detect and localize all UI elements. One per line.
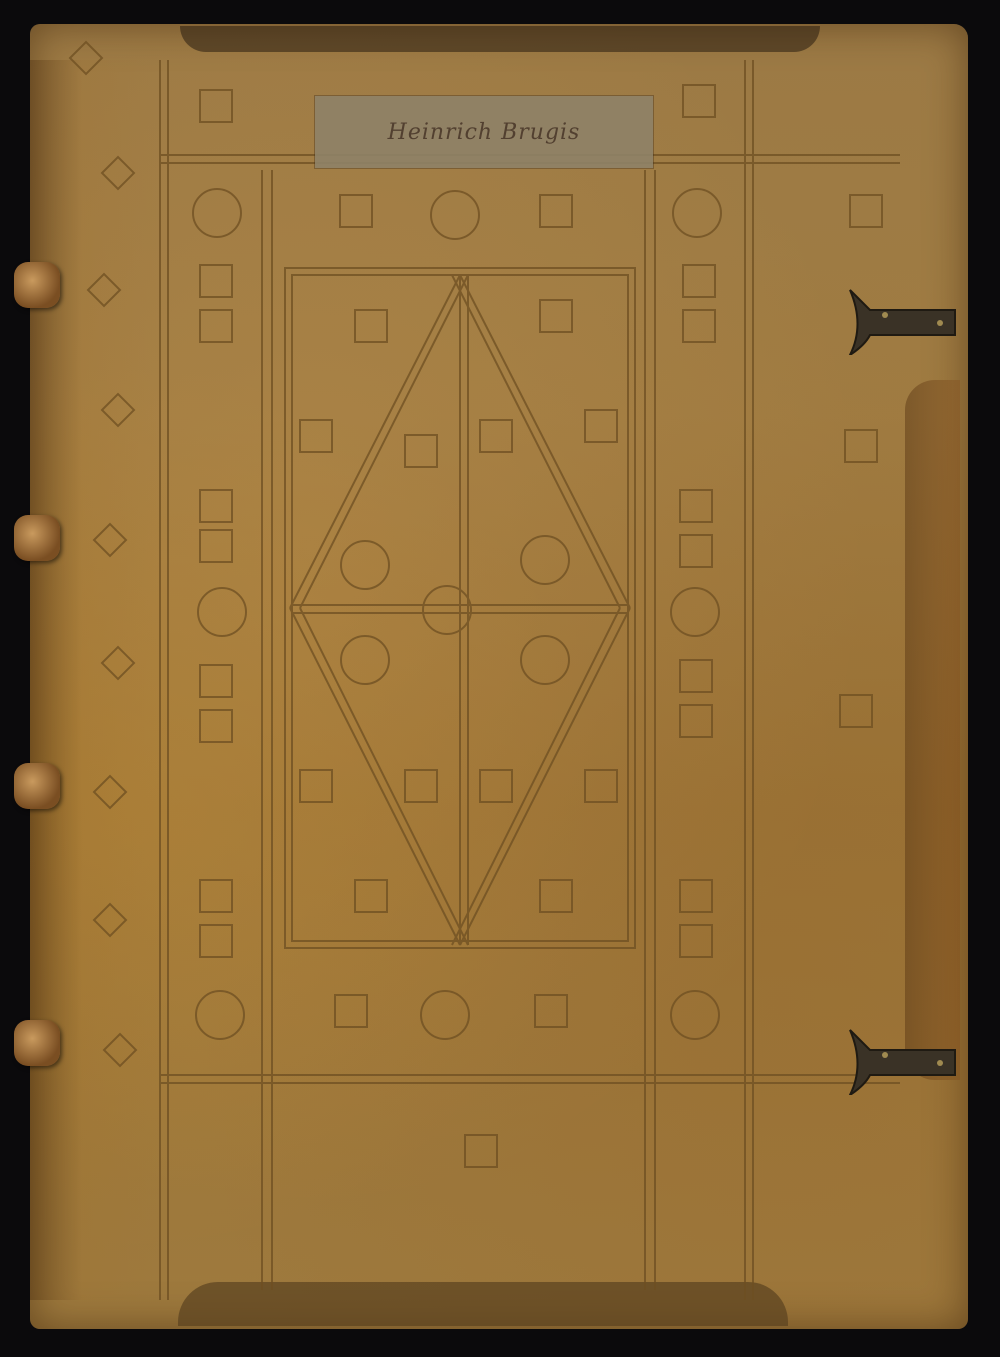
- clasp-icon: [845, 1025, 965, 1095]
- raised-band-1: [14, 262, 60, 308]
- raised-band-3: [14, 763, 60, 809]
- blind-tooling: [0, 0, 1000, 1357]
- raised-band-2: [14, 515, 60, 561]
- raised-band-4: [14, 1020, 60, 1066]
- paper-title-label: Heinrich Brugis: [315, 96, 653, 168]
- clasp-icon: [845, 285, 965, 355]
- label-text: Heinrich Brugis: [388, 120, 581, 145]
